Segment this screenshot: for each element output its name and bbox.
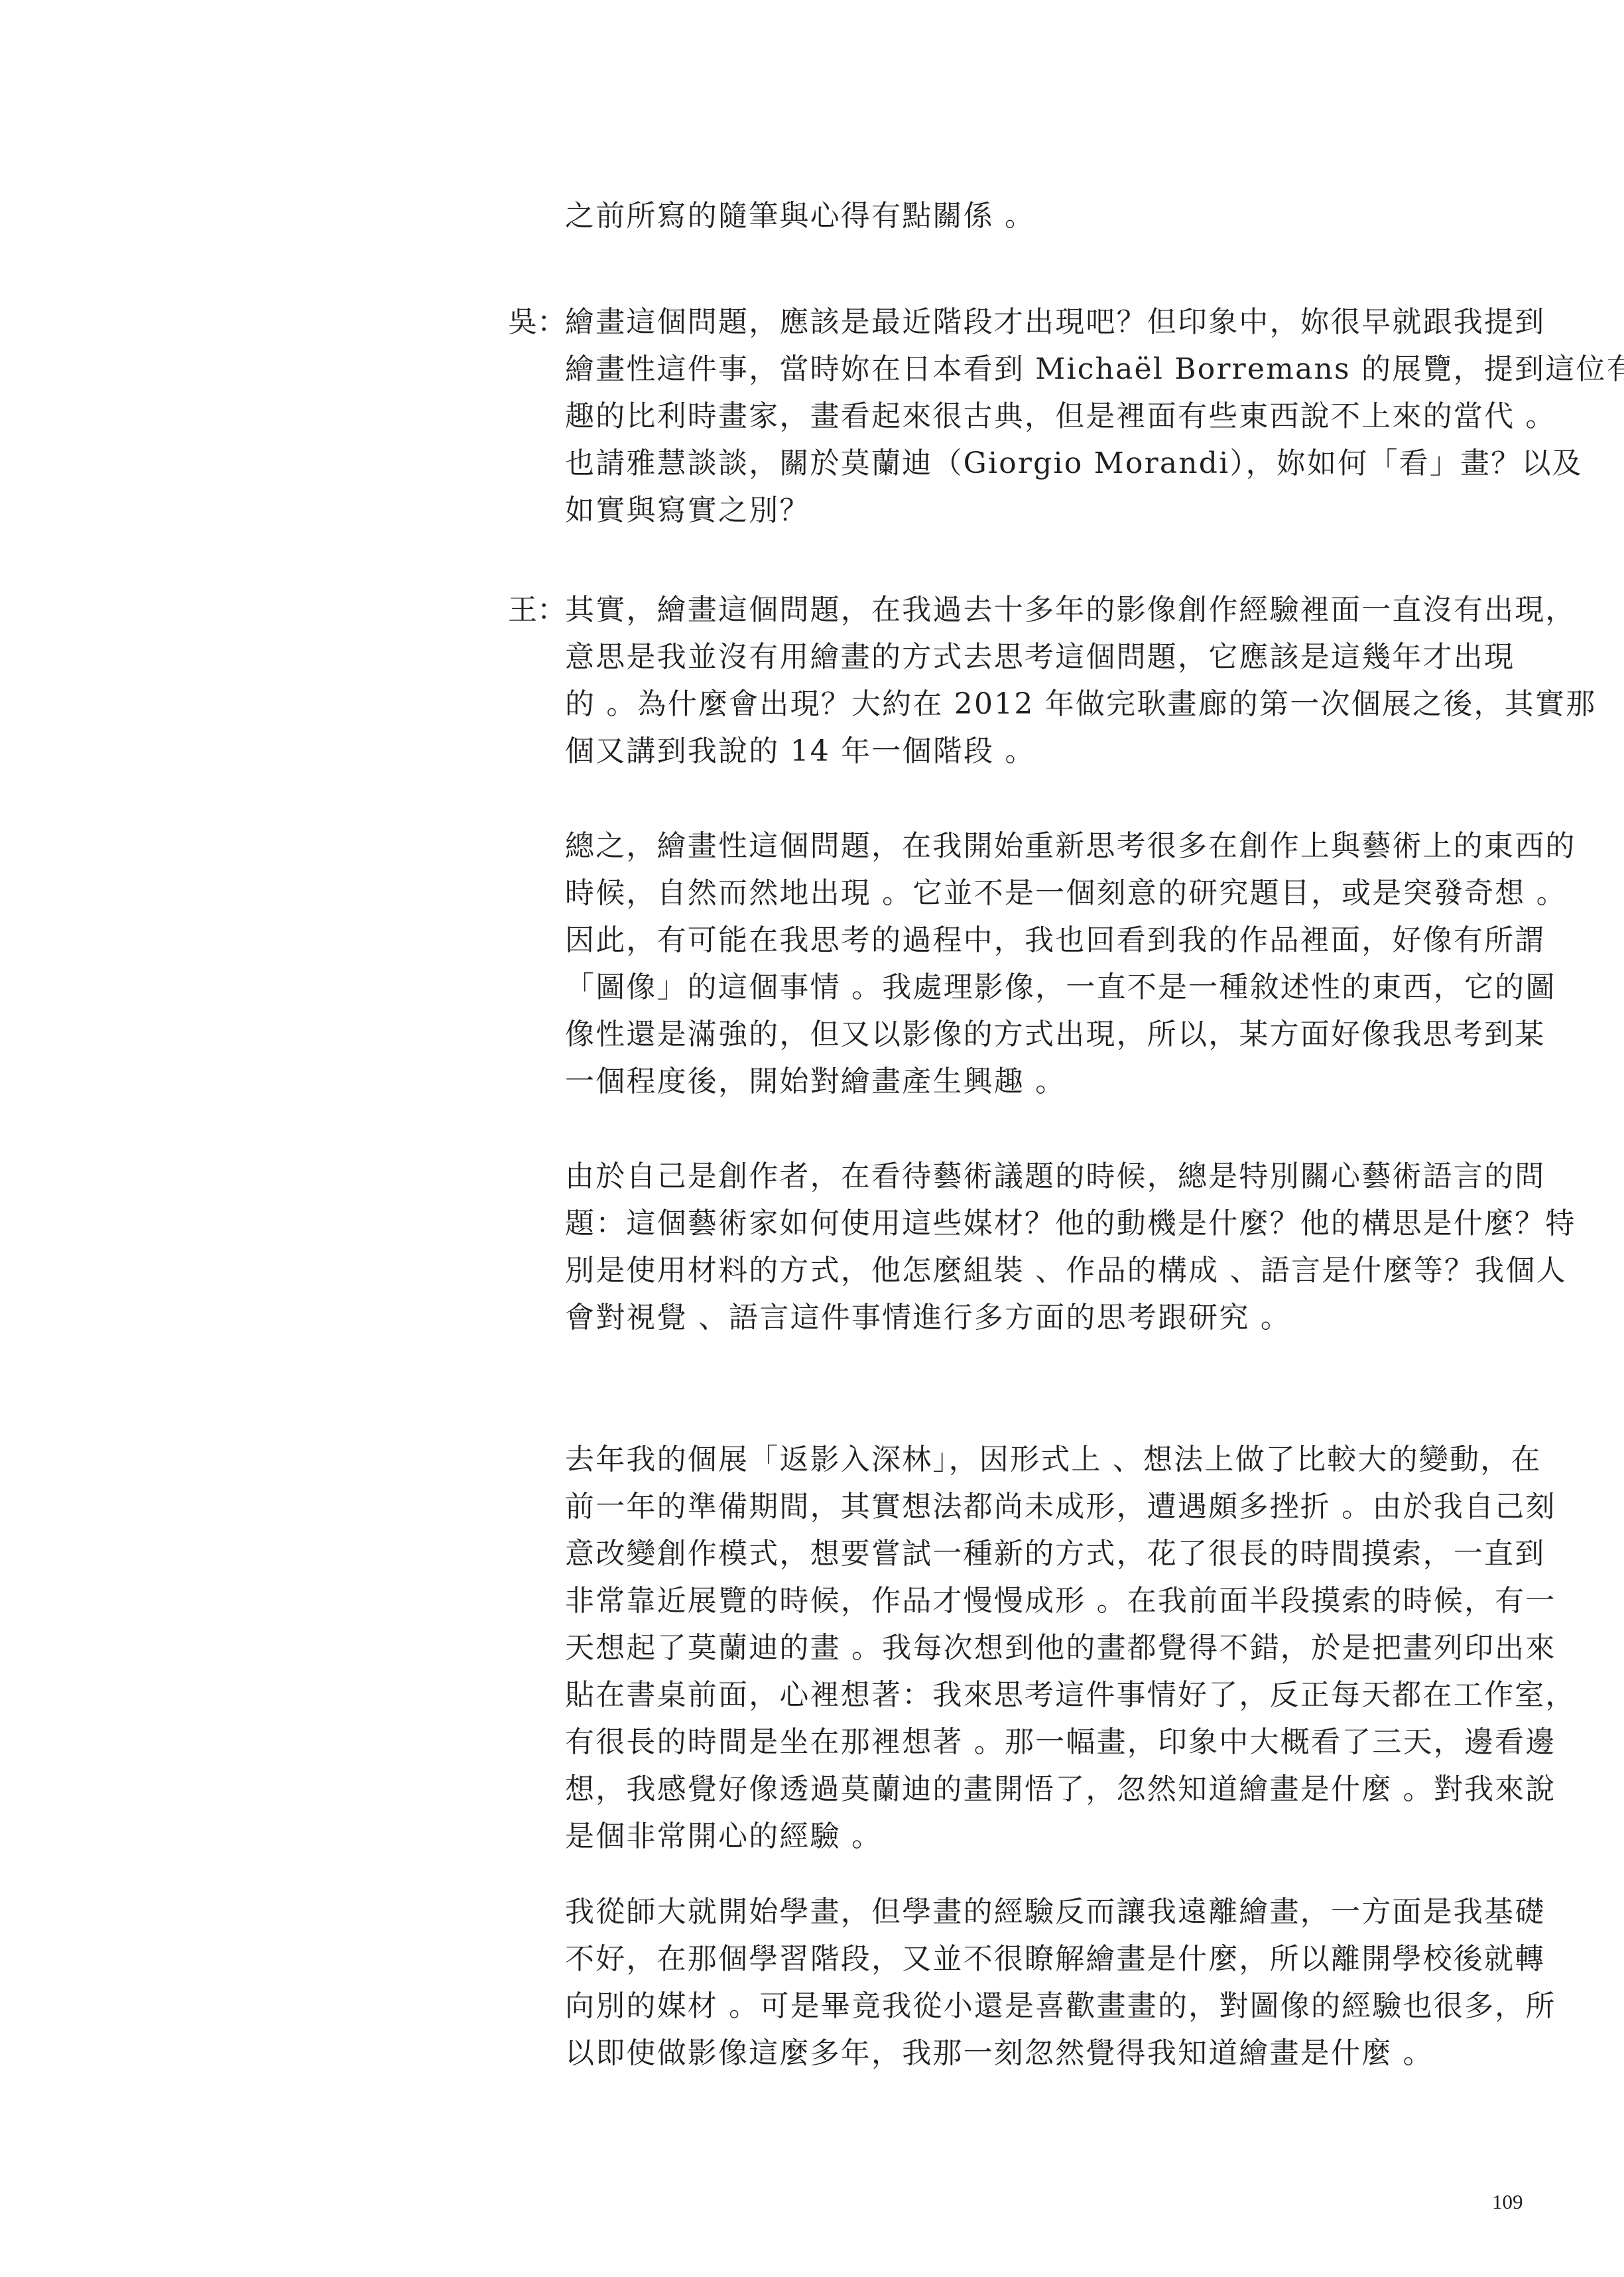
text-line: 個又講到我說的 14 年一個階段 。: [565, 732, 1036, 771]
speaker-label-wu: 吳：: [508, 302, 566, 342]
text-line: 想，我感覺好像透過莫蘭迪的畫開悟了，忽然知道繪畫是什麼 。對我來說: [565, 1770, 1556, 1809]
text-line: 前一年的準備期間，其實想法都尚未成形，遭遇頗多挫折 。由於我自己刻: [565, 1487, 1556, 1527]
text-line: 趣的比利時畫家，畫看起來很古典，但是裡面有些東西說不上來的當代 。: [565, 397, 1556, 436]
text-line: 有很長的時間是坐在那裡想著 。那一幅畫，印象中大概看了三天，邊看邊: [565, 1723, 1556, 1762]
text-line: 天想起了莫蘭迪的畫 。我每次想到他的畫都覺得不錯，於是把畫列印出來: [565, 1628, 1556, 1668]
text-line: 由於自己是創作者，在看待藝術議題的時候，總是特別關心藝術語言的問: [565, 1157, 1545, 1197]
text-line: 別是使用材料的方式，他怎麼組裝 、作品的構成 、語言是什麼等？我個人: [565, 1251, 1567, 1291]
text-line: 不好，在那個學習階段，又並不很瞭解繪畫是什麼，所以離開學校後就轉: [565, 1939, 1545, 1979]
text-line: 的 。為什麼會出現？大約在 2012 年做完耿畫廊的第一次個展之後，其實那: [565, 684, 1596, 724]
text-line: 是個非常開心的經驗 。: [565, 1817, 882, 1856]
text-line: 像性還是滿強的，但又以影像的方式出現，所以，某方面好像我思考到某: [565, 1015, 1545, 1055]
text-line: 也請雅慧談談，關於莫蘭迪（Giorgio Morandi），妳如何「看」畫？以及: [565, 444, 1583, 484]
text-line: 總之，繪畫性這個問題，在我開始重新思考很多在創作上與藝術上的東西的: [565, 826, 1576, 866]
text-line: 「圖像」的這個事情 。我處理影像，一直不是一種敘述性的東西，它的圖: [565, 968, 1556, 1008]
text-line: 如實與寫實之別？: [565, 491, 810, 531]
text-line: 一個程度後，開始對繪畫產生興趣 。: [565, 1062, 1066, 1102]
text-line: 繪畫性這件事，當時妳在日本看到 Michaël Borremans 的展覽，提到…: [565, 350, 1624, 389]
text-line: 意改變創作模式，想要嘗試一種新的方式，花了很長的時間摸索，一直到: [565, 1534, 1545, 1574]
text-line: 繪畫這個問題，應該是最近階段才出現吧？但印象中，妳很早就跟我提到: [565, 302, 1545, 342]
text-line: 去年我的個展「返影入深林」，因形式上 、想法上做了比較大的變動，在: [565, 1440, 1542, 1480]
text-line: 非常靠近展覽的時候，作品才慢慢成形 。在我前面半段摸索的時候，有一: [565, 1581, 1556, 1621]
text-line: 之前所寫的隨筆與心得有點關係 。: [565, 196, 1035, 236]
document-page: 之前所寫的隨筆與心得有點關係 。 吳： 繪畫這個問題，應該是最近階段才出現吧？但…: [0, 0, 1624, 2277]
text-line: 我從師大就開始學畫，但學畫的經驗反而讓我遠離繪畫，一方面是我基礎: [565, 1892, 1545, 1932]
text-line: 會對視覺 、語言這件事情進行多方面的思考跟研究 。: [565, 1298, 1291, 1338]
page-number: 109: [1492, 2189, 1523, 2215]
text-line: 向別的媒材 。可是畢竟我從小還是喜歡畫畫的，對圖像的經驗也很多，所: [565, 1986, 1556, 2026]
text-line: 時候，自然而然地出現 。它並不是一個刻意的研究題目，或是突發奇想 。: [565, 874, 1567, 913]
text-line: 因此，有可能在我思考的過程中，我也回看到我的作品裡面，好像有所謂: [565, 921, 1545, 960]
text-line: 貼在書桌前面，心裡想著：我來思考這件事情好了，反正每天都在工作室，: [565, 1675, 1576, 1715]
text-line: 其實，繪畫這個問題，在我過去十多年的影像創作經驗裡面一直沒有出現，: [565, 590, 1576, 630]
text-line: 意思是我並沒有用繪畫的方式去思考這個問題，它應該是這幾年才出現: [565, 637, 1515, 677]
speaker-label-wang: 王：: [508, 590, 566, 630]
text-line: 以即使做影像這麼多年，我那一刻忽然覺得我知道繪畫是什麼 。: [565, 2034, 1434, 2073]
text-line: 題：這個藝術家如何使用這些媒材？他的動機是什麼？他的構思是什麼？特: [565, 1204, 1576, 1244]
